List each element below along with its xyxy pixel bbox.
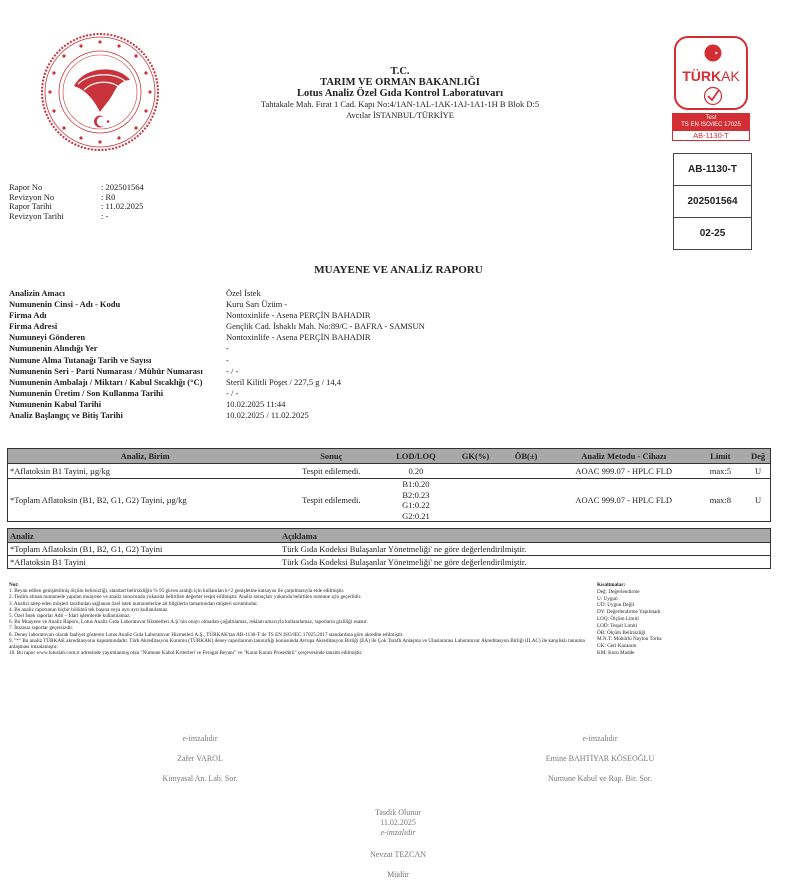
abbreviation-item: Değ: Değerlendirme: [597, 589, 777, 596]
lod-value: G1:0.22: [382, 500, 449, 511]
cell-eval: U: [746, 479, 770, 522]
lod-value: 0.20: [382, 466, 449, 477]
info-row: Firma AdresiGençlik Cad. İshaklı Mah. No…: [9, 321, 425, 332]
signature-status: e-imzalıdır: [500, 734, 700, 754]
signature-name: Emine BAHTİYAR KÖSEOĞLU: [500, 754, 700, 774]
results-header-row: Analiz, Birim Sonuç LOD/LOQ GK(%) ÖB(±) …: [8, 449, 771, 464]
info-row: Numunenin Cinsi - Adı - KoduKuru Sarı Üz…: [9, 299, 425, 310]
notes-section: Not: 1. Beyan edilen genişletilmiş ölçüm…: [9, 582, 589, 656]
info-label: Analizin Amacı: [9, 288, 226, 299]
lab-address-line1: Tahtakale Mah. Fırat 1 Cad. Kapı No:4/1A…: [200, 99, 600, 110]
lab-address-line2: Avcılar İSTANBUL/TÜRKİYE: [200, 110, 600, 121]
ministry-name: TARIM VE ORMAN BAKANLIĞI: [200, 77, 600, 88]
info-label: Numune Alma Tutanağı Tarih ve Sayısı: [9, 355, 226, 366]
signature-status: e-imzalıdır: [100, 734, 300, 754]
cell-expl-note: Türk Gıda Kodeksi Bulaşanlar Yönetmeliği…: [280, 543, 771, 556]
abbreviation-item: LOQ: Ölçüm Limiti: [597, 616, 777, 623]
cell-analysis: *Aflatoksin B1 Tayini, µg/kg: [8, 464, 283, 479]
report-meta: Rapor No: 202501564 Revizyon No: R0 Rapo…: [9, 183, 144, 221]
info-label: Numunenin Ambalajı / Miktarı / Kabul Sıc…: [9, 377, 226, 388]
turkak-accreditation-badge: TÜRKAK Test TS EN ISO/IEC 17025 AB-1130-…: [672, 36, 750, 146]
results-table: Analiz, Birim Sonuç LOD/LOQ GK(%) ÖB(±) …: [7, 448, 771, 522]
info-label: Numunenin Kabul Tarihi: [9, 399, 226, 410]
info-row: Numunenin Alındığı Yer-: [9, 343, 425, 354]
info-row: Numunenin Üretim / Son Kullanma Tarihi- …: [9, 388, 425, 399]
info-label: Analiz Başlangıç ve Bitiş Tarihi: [9, 410, 226, 421]
info-row: Numune Alma Tutanağı Tarih ve Sayısı-: [9, 355, 425, 366]
signature-left: e-imzalıdır Zafer VAROL Kimyasal An. Lab…: [100, 734, 300, 794]
info-label: Numunenin Seri - Parti Numarası / Mühür …: [9, 366, 226, 377]
abbreviation-item: GK: Geri Kazanım: [597, 643, 777, 650]
signature-name: Nevzat TEZCAN: [298, 850, 498, 870]
info-value: Kuru Sarı Üzüm -: [226, 299, 287, 310]
meta-label: Revizyon Tarihi: [9, 212, 101, 222]
cell-expl-analysis: *Toplam Aflatoksin (B1, B2, G1, G2) Tayi…: [8, 543, 281, 556]
cell-ob: [499, 479, 552, 522]
signature-center: Tasdik Olunur 11.02.2025 e-imzalıdır Nev…: [298, 808, 498, 880]
info-value: -: [226, 355, 229, 366]
info-row: Numunenin Kabul Tarihi10.02.2025 11:44: [9, 399, 425, 410]
lab-header: T.C. TARIM VE ORMAN BAKANLIĞI Lotus Anal…: [200, 66, 600, 121]
cell-analysis: *Toplam Aflatoksin (B1, B2, G1, G2) Tayi…: [8, 479, 283, 522]
abbreviation-item: ÖB: Ölçüm Belirsizliği: [597, 630, 777, 637]
signature-title: Müdür: [298, 870, 498, 880]
col-gk: GK(%): [452, 449, 500, 464]
explanation-table: Analiz Açıklama *Toplam Aflatoksin (B1, …: [7, 528, 771, 569]
info-value: Nontoxinlife - Asena PERÇİN BAHADIR: [226, 332, 371, 343]
turkak-brand: TÜRK: [682, 68, 721, 84]
col-analysis: Analiz, Birim: [8, 449, 283, 464]
col-limit: Limit: [695, 449, 746, 464]
turkak-logo: TÜRKAK: [674, 36, 748, 110]
info-value: 10.02.2025 / 11.02.2025: [226, 410, 309, 421]
abbreviation-item: KM: Kuru Madde: [597, 650, 777, 657]
page-title: MUAYENE VE ANALİZ RAPORU: [0, 264, 797, 276]
reference-boxes: AB-1130-T 202501564 02-25: [673, 153, 752, 250]
table-row: *Aflatoksin B1 Tayini, µg/kgTespit edile…: [8, 464, 771, 479]
info-row: Analiz Başlangıç ve Bitiş Tarihi10.02.20…: [9, 410, 425, 421]
cell-gk: [452, 464, 500, 479]
col-method: Analiz Metodu - Cihazı: [553, 449, 695, 464]
sample-info: Analizin AmacıÖzel İstekNumunenin Cinsi …: [9, 288, 425, 421]
crescent-star-icon: [704, 44, 722, 62]
cell-result: Tespit edilemedi.: [282, 464, 380, 479]
cell-limit: max:8: [695, 479, 746, 522]
info-value: -: [226, 343, 229, 354]
cell-limit: max:5: [695, 464, 746, 479]
table-row: *Toplam Aflatoksin (B1, B2, G1, G2) Tayi…: [8, 543, 771, 556]
cell-lod-loq: B1:0.20B2:0.23G1:0.22G2:0.21: [380, 479, 451, 522]
info-row: Analizin AmacıÖzel İstek: [9, 288, 425, 299]
cell-expl-note: Türk Gıda Kodeksi Bulaşanlar Yönetmeliği…: [280, 556, 771, 569]
cell-expl-analysis: *Aflatoksin B1 Tayini: [8, 556, 281, 569]
signature-title: Numune Kabul ve Rap. Bir. Sor.: [500, 774, 700, 794]
info-label: Numuneyi Gönderen: [9, 332, 226, 343]
info-value: 10.02.2025 11:44: [226, 399, 285, 410]
lod-value: G2:0.21: [382, 511, 449, 522]
info-row: Numunenin Seri - Parti Numarası / Mühür …: [9, 366, 425, 377]
info-label: Numunenin Üretim / Son Kullanma Tarihi: [9, 388, 226, 399]
note-item: 9. "*" Bu analiz TÜRKAK akreditasyonu ka…: [9, 638, 589, 650]
cell-lod-loq: 0.20: [380, 464, 451, 479]
cell-ob: [499, 464, 552, 479]
ref-accreditation-code: AB-1130-T: [674, 154, 751, 186]
info-value: - / -: [226, 388, 238, 399]
lod-value: B2:0.23: [382, 490, 449, 501]
info-label: Numunenin Cinsi - Adı - Kodu: [9, 299, 226, 310]
meta-value: : -: [101, 212, 108, 222]
lab-name: Lotus Analiz Özel Gıda Kontrol Laboratuv…: [200, 88, 600, 99]
abbreviations-title: Kısaltmalar:: [597, 582, 777, 589]
info-label: Firma Adresi: [9, 321, 226, 332]
info-row: Numuneyi GönderenNontoxinlife - Asena PE…: [9, 332, 425, 343]
col-expl-note: Açıklama: [280, 529, 771, 543]
signature-name: Zafer VAROL: [100, 754, 300, 774]
signature-right: e-imzalıdır Emine BAHTİYAR KÖSEOĞLU Numu…: [500, 734, 700, 794]
info-label: Numunenin Alındığı Yer: [9, 343, 226, 354]
signature-title: Kimyasal An. Lab. Sor.: [100, 774, 300, 794]
cell-method: AOAC 999.07 - HPLC FLD: [553, 479, 695, 522]
approval-label: Tasdik Olunur: [298, 808, 498, 818]
signature-status: e-imzalıdır: [298, 828, 498, 838]
note-item: 10. Bu rapor www.lotuslab.com.tr adresin…: [9, 650, 589, 656]
col-lod-loq: LOD/LOQ: [380, 449, 451, 464]
abbreviation-item: DY: Değerlendirme Yapılmadı: [597, 609, 777, 616]
info-value: Steril Kilitli Poşet / 227,5 g / 14,4: [226, 377, 341, 388]
info-value: Nontoxinlife - Asena PERÇİN BAHADIR: [226, 310, 371, 321]
col-result: Sonuç: [282, 449, 380, 464]
col-ob: ÖB(±): [499, 449, 552, 464]
cell-eval: U: [746, 464, 770, 479]
abbreviations-section: Kısaltmalar: Değ: DeğerlendirmeU: UygunU…: [597, 582, 777, 657]
info-value: Gençlik Cad. İshaklı Mah. No:89/C - BAFR…: [226, 321, 425, 332]
cell-method: AOAC 999.07 - HPLC FLD: [553, 464, 695, 479]
turkak-test-label: Test TS EN ISO/IEC 17025: [672, 113, 750, 130]
col-expl-analysis: Analiz: [8, 529, 281, 543]
cell-result: Tespit edilemedi.: [282, 479, 380, 522]
table-row: *Toplam Aflatoksin (B1, B2, G1, G2) Tayi…: [8, 479, 771, 522]
info-row: Numunenin Ambalajı / Miktarı / Kabul Sıc…: [9, 377, 425, 388]
checkmark-icon: [703, 86, 723, 106]
approval-date: 11.02.2025: [298, 818, 498, 828]
explanation-header-row: Analiz Açıklama: [8, 529, 771, 543]
ref-period: 02-25: [674, 218, 751, 249]
col-eval: Değ: [746, 449, 770, 464]
lod-value: B1:0.20: [382, 479, 449, 490]
ref-report-number: 202501564: [674, 186, 751, 218]
info-label: Firma Adı: [9, 310, 226, 321]
table-row: *Aflatoksin B1 TayiniTürk Gıda Kodeksi B…: [8, 556, 771, 569]
cell-gk: [452, 479, 500, 522]
turkak-brand-suffix: AK: [721, 68, 740, 84]
abbreviation-item: LOD: Tespit Limiti: [597, 623, 777, 630]
info-row: Firma AdıNontoxinlife - Asena PERÇİN BAH…: [9, 310, 425, 321]
turkak-code: AB-1130-T: [672, 130, 750, 141]
abbreviation-item: M.N.T: Mühürlü Naylon Torba: [597, 636, 777, 643]
ministry-seal-icon: [38, 30, 162, 154]
info-value: Özel İstek: [226, 288, 261, 299]
info-value: - / -: [226, 366, 238, 377]
header-tc: T.C.: [200, 66, 600, 77]
